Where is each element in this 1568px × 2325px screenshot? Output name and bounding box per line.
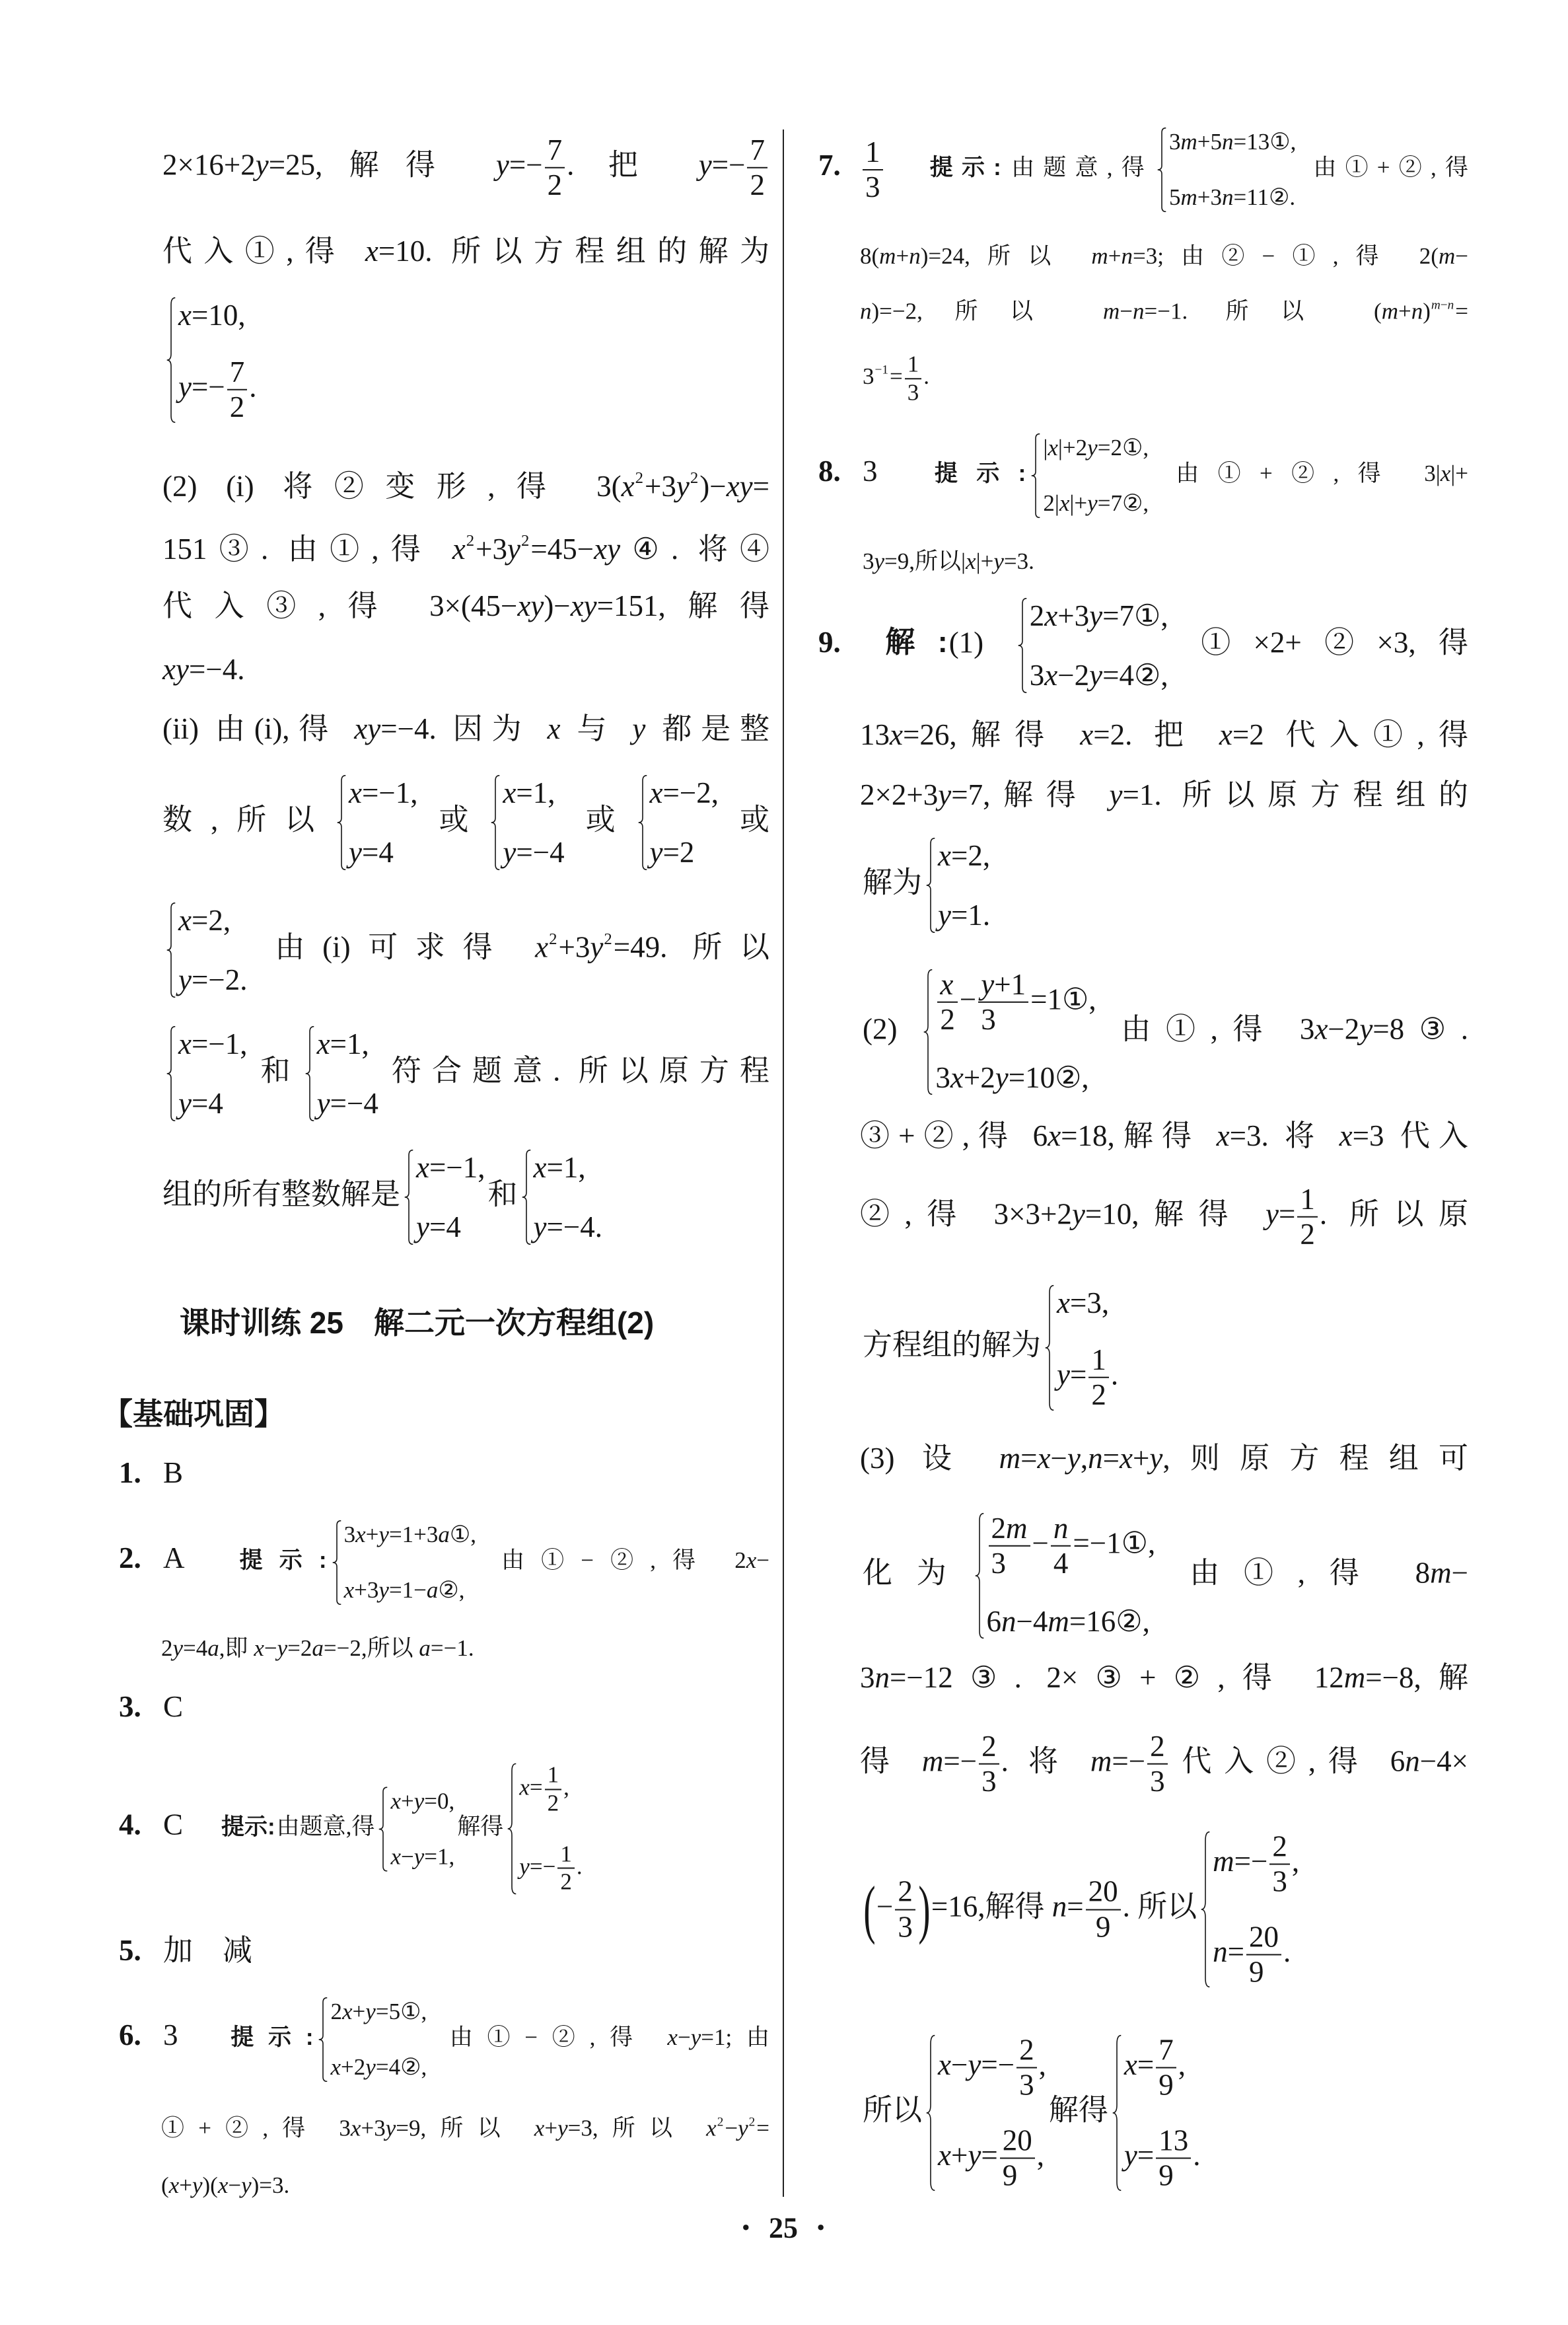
denominator: 3 xyxy=(978,1003,1028,1035)
fraction: x2 xyxy=(937,969,958,1036)
system-row: 2m3−n4=−1①, xyxy=(987,1513,1156,1580)
system-row: x=2, xyxy=(178,903,248,938)
solution-line-8: (ii) 由(i),得 xy=−4. 因为 x 与 y 都是整 xyxy=(162,711,769,747)
system-rows: 3x+y=1+3a①,x+3y=1−a②, xyxy=(344,1520,476,1605)
text-run: 由①−②,得 2x− xyxy=(479,1547,769,1573)
superscript: −1 xyxy=(875,363,888,377)
solution-line-7: xy=−4. xyxy=(162,651,244,687)
equation-system: x=−1,y=4 xyxy=(403,1150,485,1245)
text-run: . xyxy=(923,363,929,389)
hint-label: 提示: xyxy=(921,155,1001,180)
text-run: 3x+2y=10②, xyxy=(935,1060,1088,1093)
left-brace-icon xyxy=(1030,433,1042,518)
text-run: m=− xyxy=(1213,1845,1267,1878)
denominator: 9 xyxy=(1156,2159,1191,2191)
text-run: 由①,得 8m− xyxy=(1158,1556,1468,1589)
system-row: m=−23, xyxy=(1213,1831,1299,1898)
system-rows: x=1,y=−4 xyxy=(317,1026,378,1121)
text-run: =−1①, xyxy=(1073,1526,1155,1559)
system-rows: 2x+3y=7①,3x−2y=4②, xyxy=(1030,598,1168,693)
system-row: x=79, xyxy=(1124,2035,1201,2102)
superscript: 2 xyxy=(635,469,643,487)
text-run: =49. 所以 xyxy=(614,930,769,963)
left-brace-icon xyxy=(925,2035,937,2192)
answer-item-9-line-14: 所以x−y=−23,x+y=209,解得x=79,y=139. xyxy=(863,2035,1203,2192)
text-run: 151③. 由①,得 x xyxy=(162,533,466,566)
system-row: x=1, xyxy=(534,1150,603,1185)
text-run: y= xyxy=(1124,2139,1154,2172)
text-run: y=−4 xyxy=(317,1087,378,1120)
denominator: 2 xyxy=(1297,1218,1318,1250)
hint-label: 提示: xyxy=(223,1547,327,1573)
fraction: 139 xyxy=(1156,2125,1191,2192)
numerator: 1 xyxy=(545,1763,562,1790)
numerator: 20 xyxy=(1000,2125,1035,2159)
numerator: 20 xyxy=(1246,1921,1281,1955)
answer-item-9-line-12: 得 m=−23. 将 m=−23代入②,得 6n−4× xyxy=(860,1731,1468,1798)
system-row: 6n−4m=16②, xyxy=(987,1603,1156,1639)
equation-system: x=2,y=−2. xyxy=(165,903,248,998)
denominator: 3 xyxy=(1147,1765,1168,1797)
text-run: 3x+y=1+3a①, xyxy=(344,1522,476,1547)
text-run: . 所以原 xyxy=(1320,1197,1468,1230)
system-rows: m=−23,n=209. xyxy=(1213,1831,1299,1988)
answer-item-9-line-7: ②,得 3×3+2y=10,解得 y=12. 所以原 xyxy=(860,1184,1468,1251)
system-row: y=−4 xyxy=(503,834,564,870)
item-number: 6. xyxy=(119,2020,163,2049)
text-run: − xyxy=(960,982,976,1015)
equation-system: x=10,y=−72. xyxy=(165,297,257,424)
text-run: 方程组的解为 xyxy=(863,1328,1041,1361)
system-row: x=3, xyxy=(1057,1285,1118,1321)
text-run: (x+y)(x−y)=3. xyxy=(161,2172,289,2198)
fraction: 79 xyxy=(1156,2035,1176,2102)
answer: A xyxy=(163,1543,185,1572)
text-run: x=2, xyxy=(178,904,231,937)
text-run: 3 xyxy=(863,363,874,389)
answer-item-9-part-3: (3) 设 m=x−y,n=x+y,则原方程组可 xyxy=(860,1440,1468,1476)
system-row: x=−1, xyxy=(416,1150,485,1185)
answer-item-9: 9.解:(1) 2x+3y=7①,3x−2y=4②, ①×2+②×3,得 xyxy=(818,598,1468,693)
text-run: , xyxy=(1292,1845,1299,1878)
parenthesis: ( xyxy=(863,1877,875,1942)
denominator: 9 xyxy=(1246,1955,1281,1987)
equation-system: x2−y+13=1①,3x+2y=10②, xyxy=(922,969,1096,1095)
system-row: x−y=1, xyxy=(390,1842,454,1871)
answer-item-6: 6.3提示:2x+y=5①,x+2y=4②, 由①−②,得 x−y=1;由 xyxy=(119,1997,769,2082)
text-run: +3y xyxy=(559,930,604,963)
text-run: y=4 xyxy=(416,1210,461,1243)
fraction: n4 xyxy=(1051,1513,1071,1580)
text-run: . 把 y=− xyxy=(567,148,745,181)
equation-system: x=2,y=1. xyxy=(925,838,990,933)
system-rows: x=−1,y=4 xyxy=(178,1026,248,1121)
system-row: y=4 xyxy=(178,1086,248,1121)
text-run: 2x+3y=7①, xyxy=(1030,599,1168,632)
left-brace-icon xyxy=(1016,598,1028,693)
text-run: (ii) 由(i),得 xy=−4. 因为 x 与 y 都是整 xyxy=(162,712,769,745)
system-rows: x=−2,y=2 xyxy=(650,775,719,870)
denominator: 2 xyxy=(545,168,565,201)
numerator: 13 xyxy=(1156,2125,1191,2159)
text-run: (1) xyxy=(949,626,1014,659)
answer-item-2-cont: 2y=4a,即 x−y=2a=−2,所以 a=−1. xyxy=(161,1634,474,1663)
system-row: n=209. xyxy=(1213,1921,1299,1988)
text-run: 符合题意. 所以原方程 xyxy=(381,1054,769,1087)
item-number: 3. xyxy=(119,1689,163,1724)
numerator: 2 xyxy=(1016,2035,1037,2069)
system-row: x+2y=4②, xyxy=(330,2053,427,2082)
text-run: x−y=− xyxy=(938,2048,1015,2081)
numerator: 2 xyxy=(979,1731,999,1765)
equation-system: x=12,y=−12. xyxy=(506,1763,582,1895)
text-run: ③+②,得 6x=18,解得 x=3. 将 x=3 代入 xyxy=(860,1119,1468,1152)
fraction: 2m3 xyxy=(989,1513,1030,1580)
text-run: 解为 xyxy=(863,866,922,899)
answer: 加 减 xyxy=(163,1933,252,1968)
text-run: x+y=0, xyxy=(390,1788,454,1814)
equation-system: 3m+5n=13①,5m+3n=11②. xyxy=(1156,128,1296,212)
answer-item-5: 5.加 减 xyxy=(119,1933,291,1968)
left-brace-icon xyxy=(1199,1831,1211,1988)
fraction: 209 xyxy=(1246,1921,1281,1988)
fraction: 23 xyxy=(1269,1831,1290,1898)
answer: C xyxy=(163,1810,183,1839)
system-row: 3x+2y=10②, xyxy=(935,1059,1096,1095)
left-brace-icon xyxy=(925,838,937,933)
answer-item-3: 3.C xyxy=(119,1689,221,1724)
system-row: x=−1, xyxy=(349,775,418,811)
answer-item-9-line-8: 方程组的解为x=3,y=12. xyxy=(863,1285,1121,1411)
solution-line-2: 代入①,得 x=10. 所以方程组的解为 xyxy=(162,233,769,269)
text-run: . 将 m=− xyxy=(1001,1744,1145,1777)
fraction: 23 xyxy=(1147,1731,1168,1798)
numerator: n xyxy=(1051,1513,1071,1547)
numerator: 1 xyxy=(863,137,883,170)
solution-line-5: 151③. 由①,得 x2+3y2=45−xy④. 将④ xyxy=(162,523,769,567)
system-row: x=2, xyxy=(938,838,990,873)
denominator: 3 xyxy=(1269,1865,1290,1898)
text-run: y=1. xyxy=(938,899,990,932)
left-brace-icon xyxy=(1111,2035,1123,2192)
fraction: 209 xyxy=(1086,1876,1121,1943)
text-run: ②,得 3×3+2y=10,解得 y= xyxy=(860,1197,1295,1230)
parenthesis: ) xyxy=(918,1877,930,1942)
answer-item-7: 7.13提示:由题意,得3m+5n=13①,5m+3n=11②. 由①+②,得 xyxy=(818,128,1468,212)
text-run: −y xyxy=(725,2116,748,2141)
left-brace-icon xyxy=(336,775,347,870)
system-rows: x=12,y=−12. xyxy=(519,1763,582,1895)
system-rows: x−y=−23,x+y=209, xyxy=(938,2035,1046,2192)
system-row: 5m+3n=11②. xyxy=(1169,183,1296,212)
system-row: 2x+y=5①, xyxy=(330,1997,427,2026)
answer-item-8: 8.3提示:|x|+2y=2①,2|x|+y=7②, 由①+②,得 3|x|+ xyxy=(818,433,1468,518)
numerator: 1 xyxy=(905,352,922,379)
text-run: 化为 xyxy=(863,1556,971,1589)
text-run: x=1, xyxy=(534,1151,586,1184)
system-rows: x=−1,y=4 xyxy=(349,775,418,870)
answer: 3 xyxy=(163,2020,178,2049)
text-run: y=2 xyxy=(650,836,695,869)
fraction: 12 xyxy=(1088,1345,1109,1411)
system-rows: x=79,y=139. xyxy=(1124,2035,1201,2192)
text-run: |x|+2y=2①, xyxy=(1043,435,1149,461)
system-rows: x=1,y=−4 xyxy=(503,775,564,870)
solution-line-10: x=2,y=−2. 由(i)可求得 x2+3y2=49. 所以 xyxy=(162,903,769,998)
text-run: (3) 设 m=x−y,n=x+y,则原方程组可 xyxy=(860,1442,1468,1475)
text-run: 8(m+n)=24,所以 m+n=3;由②−①,得 2(m− xyxy=(860,243,1468,269)
answer-fraction: 13 xyxy=(863,137,883,203)
answer-item-2: 2.A提示:3x+y=1+3a①,x+3y=1−a②, 由①−②,得 2x− xyxy=(119,1520,769,1605)
denominator: 3 xyxy=(895,1910,915,1942)
solution-line-4: (2) (i) 将②变形,得 3(x2+3y2)−xy= xyxy=(162,461,769,504)
denominator: 9 xyxy=(1086,1910,1121,1942)
text-run: n= xyxy=(1213,1935,1244,1968)
text-run: 5m+3n=11②. xyxy=(1169,184,1295,210)
system-row: y=−2. xyxy=(178,962,248,998)
left-brace-icon xyxy=(165,903,177,998)
text-run: x=3, xyxy=(1057,1286,1109,1319)
text-run: 6n−4m=16②, xyxy=(987,1604,1150,1637)
system-row: y=2 xyxy=(650,834,719,870)
superscript: m−n xyxy=(1431,298,1454,312)
fraction: 23 xyxy=(1016,2035,1037,2102)
solution-system-1: x=10,y=−72. xyxy=(162,297,260,424)
equation-system: 2x+y=5①,x+2y=4②, xyxy=(317,1997,427,2082)
text-run: x=−1, xyxy=(349,776,418,809)
system-row: 3x−2y=4②, xyxy=(1030,657,1168,693)
superscript: 2 xyxy=(466,532,474,550)
denominator: 3 xyxy=(979,1765,999,1797)
text-run: x=1, xyxy=(503,776,555,809)
text-run: 3y=9,所以|x|+y=3. xyxy=(863,548,1034,574)
text-run: 13x=26,解得 x=2. 把 x=2 代入①,得 xyxy=(860,718,1468,751)
numerator: 7 xyxy=(227,357,248,390)
answer: 3 xyxy=(863,457,878,486)
answer-item-9-line-2: 13x=26,解得 x=2. 把 x=2 代入①,得 xyxy=(860,717,1468,753)
system-row: x=1, xyxy=(503,775,564,811)
equation-system: x=1,y=−4 xyxy=(304,1026,378,1121)
equation-system: 3x+y=1+3a①,x+3y=1−a②, xyxy=(331,1520,476,1605)
text-run: x−y=1, xyxy=(390,1843,454,1869)
equation-system: x+y=0,x−y=1, xyxy=(377,1787,454,1871)
item-number: 2. xyxy=(119,1543,163,1572)
text-run: 由①,得 3x−2y=8③. xyxy=(1099,1012,1468,1045)
fraction: 13 xyxy=(905,352,922,405)
system-row: y=4 xyxy=(349,834,418,870)
text-run: 由①−②,得 x−y=1;由 xyxy=(429,2024,769,2050)
numerator: y+1 xyxy=(978,969,1028,1003)
system-row: y=12. xyxy=(1057,1345,1118,1411)
text-run: 由①+②,得 xyxy=(1299,155,1468,180)
denominator: 9 xyxy=(1156,2069,1176,2101)
text-run: ①+②,得 3x+3y=9,所以 x+y=3,所以 x xyxy=(161,2116,717,2141)
fraction: 12 xyxy=(545,1763,562,1816)
answer-item-8-cont: 3y=9,所以|x|+y=3. xyxy=(863,547,1034,576)
numerator: 1 xyxy=(1088,1345,1109,1378)
numerator: 2m xyxy=(989,1513,1030,1547)
hint-label: 提示: xyxy=(916,461,1026,486)
text-run: 或 xyxy=(567,803,634,836)
system-row: y=−72. xyxy=(178,357,257,424)
equation-system: x=−1,y=4 xyxy=(336,775,418,870)
text-run: . 所以 xyxy=(1123,1890,1197,1923)
page-marker-right: · xyxy=(815,2209,826,2248)
text-run: y=4 xyxy=(349,836,394,869)
text-run: y=−4 xyxy=(503,836,564,869)
numerator: 2 xyxy=(1147,1731,1168,1765)
fraction: 72 xyxy=(545,135,565,202)
item-number: 4. xyxy=(119,1810,163,1839)
system-row: x−y=−23, xyxy=(938,2035,1046,2102)
fraction: y+13 xyxy=(978,969,1028,1036)
left-brace-icon xyxy=(1156,128,1168,212)
numerator: 1 xyxy=(557,1842,575,1869)
text-run: x+2y=4②, xyxy=(330,2054,427,2080)
text-run: x=10, xyxy=(178,299,246,332)
left-brace-icon xyxy=(403,1150,415,1245)
answer-item-4: 4.C提示:由题意,得x+y=0,x−y=1,解得x=12,y=−12. xyxy=(119,1763,585,1895)
system-row: y=−4 xyxy=(317,1086,378,1121)
system-rows: x2−y+13=1①,3x+2y=10②, xyxy=(935,969,1096,1095)
superscript: 2 xyxy=(604,930,612,948)
equation-system: x=−2,y=2 xyxy=(637,775,719,870)
text-run: , xyxy=(1037,2139,1044,2172)
equation-system: x=3,y=12. xyxy=(1044,1285,1118,1411)
numerator: 7 xyxy=(747,135,767,168)
system-row: x=10, xyxy=(178,297,257,333)
answer-item-9-line-4: 解为x=2,y=1. xyxy=(863,838,993,933)
numerator: 2 xyxy=(1269,1831,1290,1865)
answer-item-9-line-3: 2×2+3y=7,解得 y=1. 所以原方程组的 xyxy=(860,777,1468,813)
answer: B xyxy=(163,1455,183,1491)
text-run: − xyxy=(876,1890,893,1923)
text-run: x= xyxy=(1124,2048,1154,2081)
system-rows: x=−1,y=4 xyxy=(416,1150,485,1245)
left-brace-icon xyxy=(489,775,501,870)
system-row: x+3y=1−a②, xyxy=(344,1576,476,1605)
system-row: y=−12. xyxy=(519,1842,582,1895)
text-run: 由(i)可求得 x xyxy=(250,930,549,963)
text-run: 2y=4a,即 x−y=2a=−2,所以 a=−1. xyxy=(161,1635,474,1661)
text-run: 和 xyxy=(488,1177,518,1210)
denominator: 3 xyxy=(1016,2069,1037,2101)
text-run: 所以 xyxy=(863,2093,922,2126)
text-run: y=4 xyxy=(178,1087,223,1120)
answer-item-7-cont-1: 8(m+n)=24,所以 m+n=3;由②−①,得 2(m− xyxy=(860,242,1468,271)
left-brace-icon xyxy=(377,1787,389,1871)
section-title: 课时训练 25 解二元一次方程组(2) xyxy=(180,1299,654,1343)
left-brace-icon xyxy=(165,297,177,424)
answer-item-9-line-10: 化为2m3−n4=−1①,6n−4m=16②, 由①,得 8m− xyxy=(863,1513,1468,1639)
text-run: y=−4. xyxy=(534,1210,603,1243)
text-run: x=−1, xyxy=(178,1027,248,1060)
text-run: 3n=−12③. 2×③+②,得 12m=−8,解 xyxy=(860,1661,1468,1694)
equation-system: m=−23,n=209. xyxy=(1199,1831,1299,1988)
answer-item-9-line-13: (−23)=16,解得 n=209. 所以m=−23,n=209. xyxy=(863,1831,1302,1988)
left-brace-icon xyxy=(520,1150,532,1245)
text-run: )−xy= xyxy=(699,470,769,503)
page-marker-left: · xyxy=(740,2209,752,2248)
hint-label: 解: xyxy=(863,625,948,659)
system-rows: 3m+5n=13①,5m+3n=11②. xyxy=(1169,128,1296,212)
fraction: 23 xyxy=(895,1876,915,1943)
text-run: 和 xyxy=(250,1054,301,1087)
text-run: x=2, xyxy=(938,839,990,872)
text-run: y=− xyxy=(178,370,225,403)
solution-line-6: 代入③,得 3×(45−xy)−xy=151,解得 xyxy=(162,588,769,624)
answer-item-9-line-11: 3n=−12③. 2×③+②,得 12m=−8,解 xyxy=(860,1660,1468,1695)
system-rows: x=10,y=−72. xyxy=(178,297,257,424)
superscript: 2 xyxy=(717,2115,724,2129)
system-row: y=−4. xyxy=(534,1209,603,1245)
text-run: 代入②,得 6n−4× xyxy=(1170,1744,1468,1777)
numerator: 7 xyxy=(1156,2035,1176,2069)
equation-system: 2m3−n4=−1①,6n−4m=16②, xyxy=(974,1513,1156,1639)
item-number: 1. xyxy=(119,1455,163,1491)
answer-item-9-part-2: (2) x2−y+13=1①,3x+2y=10②, 由①,得 3x−2y=8③. xyxy=(863,969,1468,1095)
equation-system: x=79,y=139. xyxy=(1111,2035,1201,2192)
system-row: y=139. xyxy=(1124,2125,1201,2192)
answer-item-7-cont-2: n)=−2,所以 m−n=−1. 所以 (m+n)m−n= xyxy=(860,291,1468,326)
system-rows: 2m3−n4=−1①,6n−4m=16②, xyxy=(987,1513,1156,1639)
system-row: |x|+2y=2①, xyxy=(1043,433,1149,462)
left-brace-icon xyxy=(637,775,649,870)
superscript: 2 xyxy=(549,930,557,948)
item-number: 9. xyxy=(818,624,863,660)
text-run: . xyxy=(577,1853,583,1879)
denominator: 2 xyxy=(545,1790,562,1816)
text-run: 数,所以 xyxy=(162,803,333,836)
text-run: x=−1, xyxy=(416,1151,485,1184)
text-run: x= xyxy=(519,1774,542,1800)
denominator: 3 xyxy=(863,170,883,203)
numerator: 2 xyxy=(895,1876,915,1910)
equation-system: |x|+2y=2①,2|x|+y=7②, xyxy=(1030,433,1149,518)
system-rows: x=1,y=−4. xyxy=(534,1150,603,1245)
solution-line-11: x=−1,y=4和x=1,y=−4符合题意. 所以原方程 xyxy=(162,1026,769,1121)
text-run: , xyxy=(1178,2048,1186,2081)
text-run: =45−xy④. 将④ xyxy=(530,533,769,566)
text-run: +3y xyxy=(645,470,690,503)
text-run: y=−2. xyxy=(178,963,248,996)
system-row: x=−2, xyxy=(650,775,719,811)
text-run: , xyxy=(1039,2048,1046,2081)
text-run: 解得 xyxy=(457,1814,503,1839)
system-row: x+y=209, xyxy=(938,2125,1046,2192)
numerator: 7 xyxy=(545,135,565,168)
system-rows: x+y=0,x−y=1, xyxy=(390,1787,454,1871)
denominator: 2 xyxy=(1088,1378,1109,1411)
text-run: 代入①,得 x=10. 所以方程组的解为 xyxy=(162,235,769,268)
left-brace-icon xyxy=(506,1763,518,1895)
text-run: 组的所有整数解是 xyxy=(162,1177,400,1210)
system-row: 3x+y=1+3a①, xyxy=(344,1520,476,1549)
equation-system: x=1,y=−4 xyxy=(489,775,564,870)
numerator: 1 xyxy=(1297,1184,1318,1218)
column-divider xyxy=(783,129,784,2197)
system-row: x+y=0, xyxy=(390,1787,454,1816)
superscript: 2 xyxy=(749,2115,756,2129)
equation-system: x=1,y=−4. xyxy=(520,1150,603,1245)
fraction: 12 xyxy=(1297,1184,1318,1251)
left-brace-icon xyxy=(317,1997,329,2082)
fraction: 23 xyxy=(979,1731,999,1798)
text-run: x+y= xyxy=(938,2139,998,2172)
answer-item-7-cont-3: 3−1=13. xyxy=(863,352,929,405)
text-run: =16,解得 n= xyxy=(931,1890,1084,1923)
text-run: 2x+y=5①, xyxy=(330,1999,427,2024)
